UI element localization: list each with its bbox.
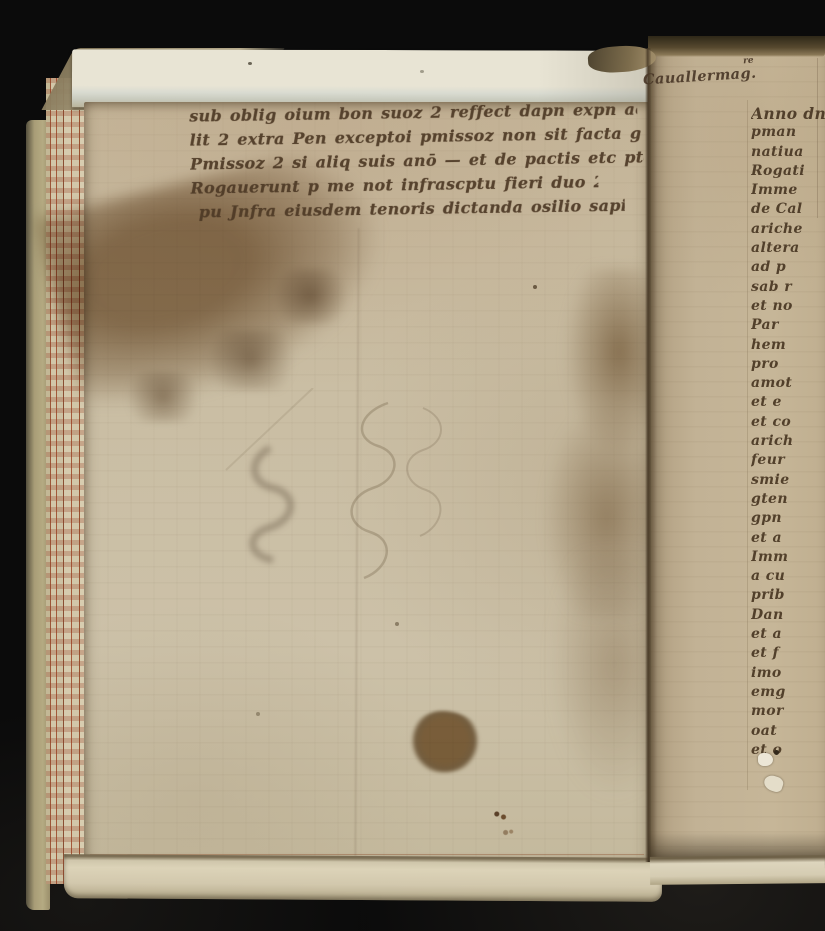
manuscript-line-fragment: pro: [751, 355, 825, 374]
manuscript-line-fragment: gpn: [751, 509, 825, 528]
right-bottom-page-edge: [650, 855, 825, 885]
manuscript-line-fragment: mor: [751, 702, 825, 721]
manuscript-line-fragment: gten: [751, 490, 825, 509]
manuscript-line-fragment: pman: [751, 123, 825, 142]
manuscript-line-fragment: oat: [751, 722, 825, 741]
page-edge-stack: [46, 78, 88, 884]
manuscript-line-fragment: et co: [751, 413, 825, 432]
manuscript-line-fragment: et a: [751, 529, 825, 548]
ink-mark: [500, 828, 514, 837]
manuscript-line-fragment: arich: [751, 432, 825, 451]
manuscript-line-fragment: emg: [751, 683, 825, 702]
manuscript-line-fragment: et f: [751, 644, 825, 663]
manuscript-photo: sub oblig oium bon suoz 2 reffect dapn e…: [0, 0, 825, 931]
paper-chip: [758, 753, 773, 766]
manuscript-line-fragment: amot: [751, 374, 825, 393]
manuscript-line-fragment: sab r: [751, 278, 825, 297]
folio-header-superscript: re: [743, 56, 754, 67]
paper-speck: [248, 62, 252, 65]
manuscript-line-fragment: prib: [751, 586, 825, 605]
manuscript-line-fragment: altera: [751, 239, 825, 258]
manuscript-line-fragment: imo: [751, 664, 825, 683]
page-right-top-edge: [648, 36, 825, 57]
manuscript-line-fragment: ad p: [751, 258, 825, 277]
manuscript-line-fragment: smie: [751, 471, 825, 490]
manuscript-line-fragment: Anno dn: [751, 104, 825, 123]
ink-speck: [774, 750, 779, 755]
manuscript-line-fragment: et e: [751, 393, 825, 412]
right-page-text-column: Anno dnpmannatiuaRogatiImmede Calarichea…: [751, 104, 825, 760]
manuscript-line-fragment: Imm: [751, 548, 825, 567]
ink-speck: [533, 285, 537, 289]
paper-speck: [420, 70, 424, 73]
manuscript-line-fragment: Dan: [751, 606, 825, 625]
ink-speck: [256, 712, 260, 716]
manuscript-line-fragment: feur: [751, 451, 825, 470]
gutter-fold: [645, 48, 651, 862]
manuscript-line-fragment: Par: [751, 316, 825, 335]
manuscript-line-fragment: et a: [751, 625, 825, 644]
ink-mark: [492, 810, 508, 820]
manuscript-line-fragment: Rogati: [751, 162, 825, 181]
manuscript-line-fragment: Imme: [751, 181, 825, 200]
manuscript-line-fragment: natiua: [751, 143, 825, 162]
handwritten-note: sub oblig oium bon suoz 2 reffect dapn e…: [189, 97, 653, 224]
ink-speck: [395, 622, 399, 626]
manuscript-line-fragment: et no: [751, 297, 825, 316]
manuscript-line-fragment: ariche: [751, 220, 825, 239]
manuscript-line-fragment: hem: [751, 336, 825, 355]
manuscript-line-fragment: de Cal: [751, 200, 825, 219]
manuscript-line-fragment: a cu: [751, 567, 825, 586]
bleed-through-doodle: [218, 388, 478, 608]
bottom-page-edges: [64, 854, 662, 902]
margin-ruling-line: [747, 100, 748, 790]
